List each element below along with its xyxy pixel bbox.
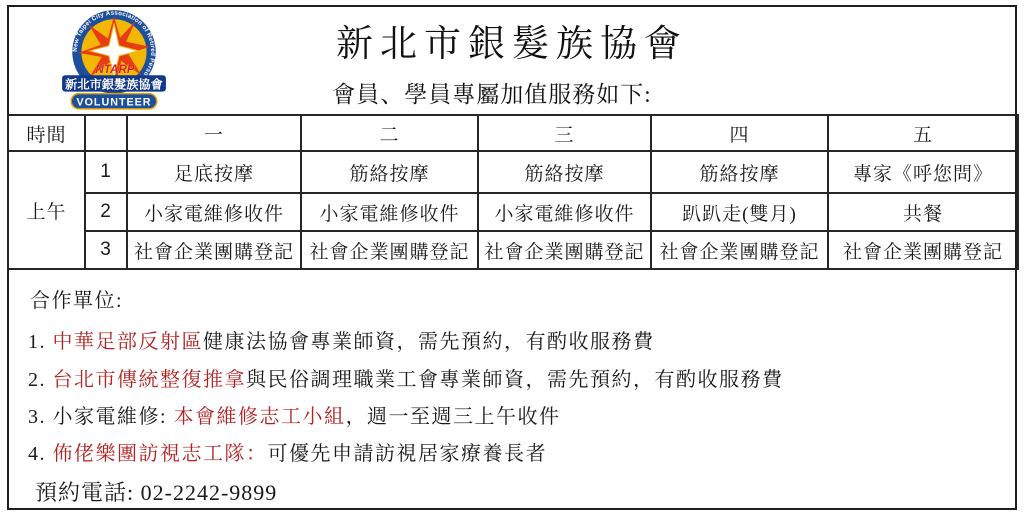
note-prefix: 3. 小家電維修: — [28, 406, 174, 428]
row-number-cell: 3 — [85, 231, 127, 269]
row-number-cell: 1 — [85, 151, 127, 193]
schedule-cell: 小家電維修收件 — [127, 193, 301, 231]
empty-header-cell — [85, 115, 127, 151]
row-number-cell: 2 — [85, 193, 127, 231]
note-rest: 健康法協會專業師資，需先預約，有酌收服務費 — [203, 331, 655, 353]
schedule-cell: 趴趴走(雙月) — [651, 193, 828, 231]
schedule-cell: 小家電維修收件 — [478, 193, 651, 231]
schedule-cell: 筋絡按摩 — [478, 151, 651, 193]
schedule-table: 時間 一 二 三 四 五 上午 1 足底按摩 筋絡按摩 筋絡按摩 筋絡按摩 專家… — [7, 114, 1019, 270]
period-label-cell: 上午 — [8, 151, 85, 269]
schedule-row-3: 3 社會企業團購登記 社會企業團購登記 社會企業團購登記 社會企業團購登記 社會… — [8, 231, 1018, 269]
schedule-cell: 專家《呼您問》 — [828, 151, 1018, 193]
note-highlight: 台北市傳統整復推拿 — [53, 369, 247, 391]
partners-section: 合作單位: 1. 中華足部反射區健康法協會專業師資，需先預約，有酌收服務費 2.… — [9, 268, 1015, 510]
page-title: 新北市銀髮族協會 — [0, 13, 1024, 67]
schedule-cell: 社會企業團購登記 — [301, 231, 478, 269]
note-rest: ，週一至週三上午收件 — [346, 406, 561, 428]
note-prefix: 2. — [28, 369, 53, 391]
day-header-wed: 三 — [478, 115, 651, 151]
schedule-cell: 社會企業團購登記 — [478, 231, 651, 269]
schedule-cell: 筋絡按摩 — [301, 151, 478, 193]
schedule-cell: 共餐 — [828, 193, 1018, 231]
note-prefix: 1. — [28, 331, 53, 353]
day-header-tue: 二 — [301, 115, 478, 151]
schedule-row-2: 2 小家電維修收件 小家電維修收件 小家電維修收件 趴趴走(雙月) 共餐 — [8, 193, 1018, 231]
booking-phone: 預約電話: 02-2242-9899 — [35, 476, 277, 507]
partners-heading: 合作單位: — [30, 284, 123, 313]
day-header-mon: 一 — [127, 115, 301, 151]
note-item: 3. 小家電維修: 本會維修志工小組，週一至週三上午收件 — [28, 400, 561, 429]
schedule-cell: 社會企業團購登記 — [127, 231, 301, 269]
page-subtitle: 會員、學員專屬加值服務如下: — [0, 76, 984, 109]
note-item: 1. 中華足部反射區健康法協會專業師資，需先預約，有酌收服務費 — [28, 325, 655, 354]
schedule-cell: 筋絡按摩 — [651, 151, 828, 193]
day-header-fri: 五 — [828, 115, 1018, 151]
note-item: 4. 佈佬樂團訪視志工隊：可優先申請訪視居家療養長者 — [28, 437, 547, 466]
time-header-cell: 時間 — [8, 115, 85, 151]
schedule-header-row: 時間 一 二 三 四 五 — [8, 115, 1018, 151]
schedule-cell: 足底按摩 — [127, 151, 301, 193]
schedule-cell: 社會企業團購登記 — [651, 231, 828, 269]
schedule-cell: 社會企業團購登記 — [828, 231, 1018, 269]
note-highlight: 佈佬樂團訪視志工隊： — [53, 443, 268, 465]
document-page: New Taipei City Association of Retired P… — [0, 0, 1024, 517]
note-item: 2. 台北市傳統整復推拿與民俗調理職業工會專業師資，需先預約，有酌收服務費 — [28, 363, 784, 392]
day-header-thu: 四 — [651, 115, 828, 151]
note-highlight: 本會維修志工小組 — [174, 406, 346, 428]
schedule-cell: 小家電維修收件 — [301, 193, 478, 231]
note-highlight: 中華足部反射區 — [53, 331, 204, 353]
note-rest: 可優先申請訪視居家療養長者 — [268, 443, 548, 465]
schedule-row-1: 上午 1 足底按摩 筋絡按摩 筋絡按摩 筋絡按摩 專家《呼您問》 — [8, 151, 1018, 193]
note-rest: 與民俗調理職業工會專業師資，需先預約，有酌收服務費 — [246, 369, 784, 391]
note-prefix: 4. — [28, 443, 53, 465]
